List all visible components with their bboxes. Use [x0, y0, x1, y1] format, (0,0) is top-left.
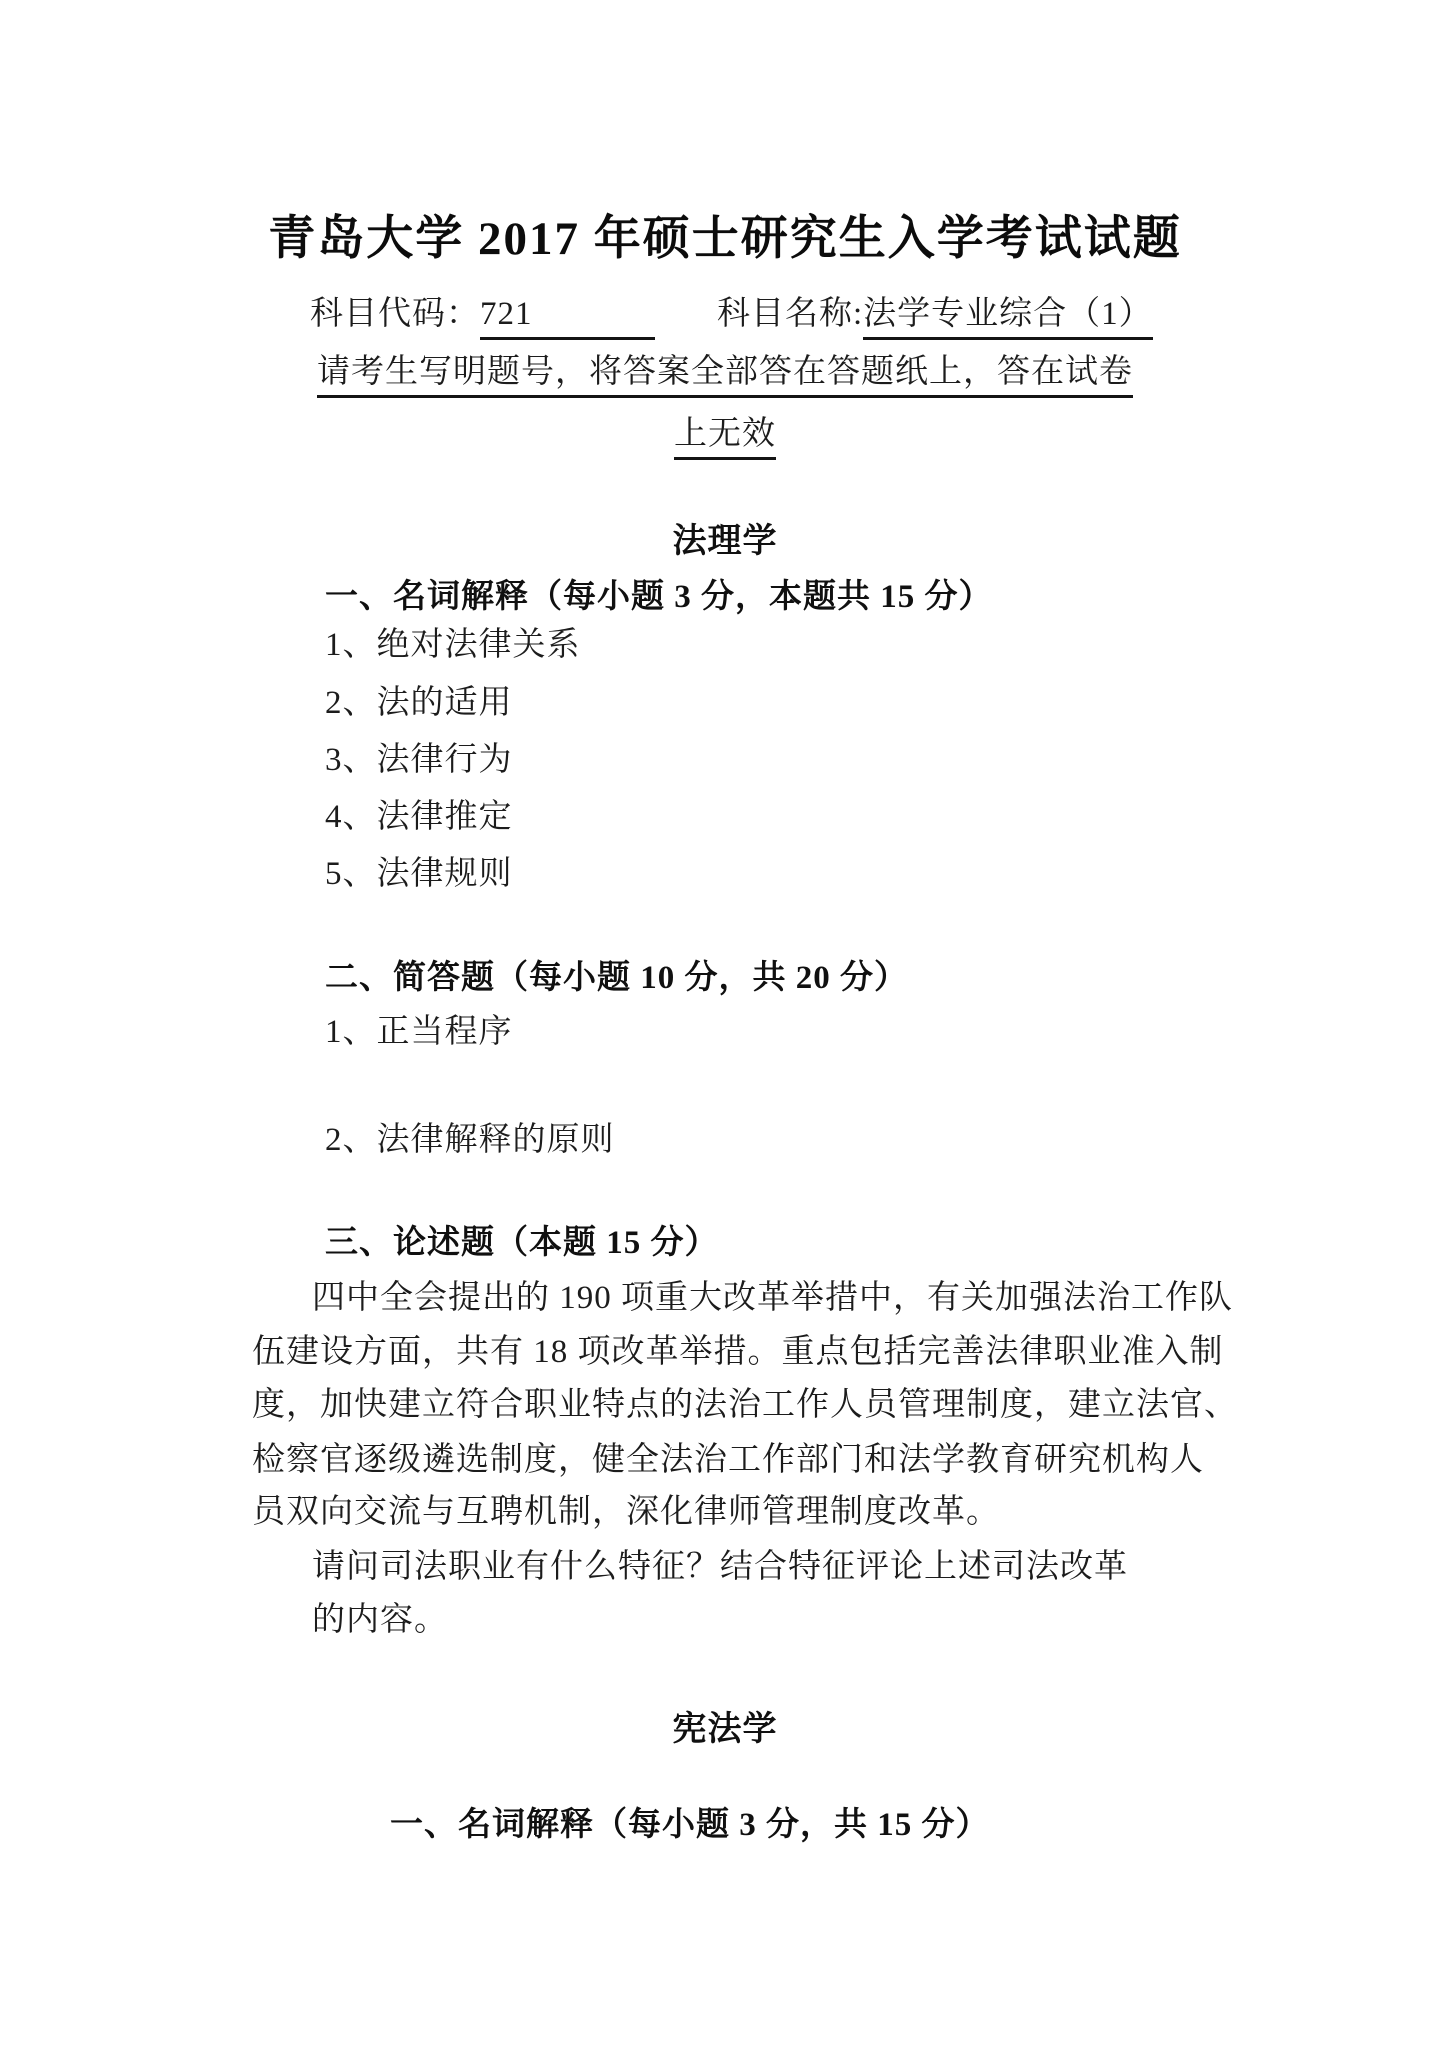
- subject-code-value: 721: [480, 294, 655, 340]
- section-title-jurisprudence: 法理学: [0, 522, 1450, 562]
- jurisprudence-part2-heading: 二、简答题（每小题 10 分，共 20 分）: [325, 958, 908, 998]
- essay-line: 四中全会提出的 190 项重大改革举措中，有关加强法治工作队: [312, 1278, 1233, 1318]
- essay-question-line: 的内容。: [312, 1600, 448, 1640]
- jurisprudence-part3-heading: 三、论述题（本题 15 分）: [325, 1223, 719, 1263]
- exam-notice-continued: 上无效: [0, 414, 1450, 460]
- subject-name-label: 科目名称:: [717, 296, 863, 332]
- essay-line: 员双向交流与互聘机制，深化律师管理制度改革。: [252, 1492, 1000, 1532]
- question-item: 1、绝对法律关系: [325, 625, 581, 665]
- constitutional-part1-heading: 一、名词解释（每小题 3 分，共 15 分）: [390, 1805, 990, 1845]
- essay-line: 检察官逐级遴选制度，健全法治工作部门和法学教育研究机构人: [252, 1440, 1204, 1480]
- question-item: 2、法的适用: [325, 683, 513, 723]
- question-item: 3、法律行为: [325, 740, 513, 780]
- jurisprudence-part1-heading: 一、名词解释（每小题 3 分，本题共 15 分）: [325, 577, 993, 617]
- question-item: 1、正当程序: [325, 1012, 513, 1052]
- subject-name-value: 法学专业综合（1）: [863, 294, 1153, 340]
- essay-line: 伍建设方面，共有 18 项改革举措。重点包括完善法律职业准入制: [252, 1332, 1224, 1372]
- question-item: 4、法律推定: [325, 797, 513, 837]
- exam-notice-line-2: 上无效: [674, 414, 776, 460]
- exam-notice-line-1: 请考生写明题号，将答案全部答在答题纸上，答在试卷: [317, 352, 1133, 398]
- essay-question-line: 请问司法职业有什么特征？结合特征评论上述司法改革: [312, 1547, 1128, 1587]
- subject-meta-line: 科目代码：721科目名称:法学专业综合（1）: [310, 294, 1153, 340]
- exam-paper-page: 青岛大学 2017 年硕士研究生入学考试试题 科目代码：721科目名称:法学专业…: [0, 0, 1450, 2048]
- page-title: 青岛大学 2017 年硕士研究生入学考试试题: [0, 212, 1450, 266]
- subject-code-label: 科目代码：: [310, 296, 480, 332]
- section-title-constitutional-law: 宪法学: [0, 1710, 1450, 1750]
- question-item: 2、法律解释的原则: [325, 1120, 615, 1160]
- question-item: 5、法律规则: [325, 854, 513, 894]
- essay-line: 度，加快建立符合职业特点的法治工作人员管理制度，建立法官、: [252, 1385, 1238, 1425]
- exam-notice: 请考生写明题号，将答案全部答在答题纸上，答在试卷: [0, 352, 1450, 398]
